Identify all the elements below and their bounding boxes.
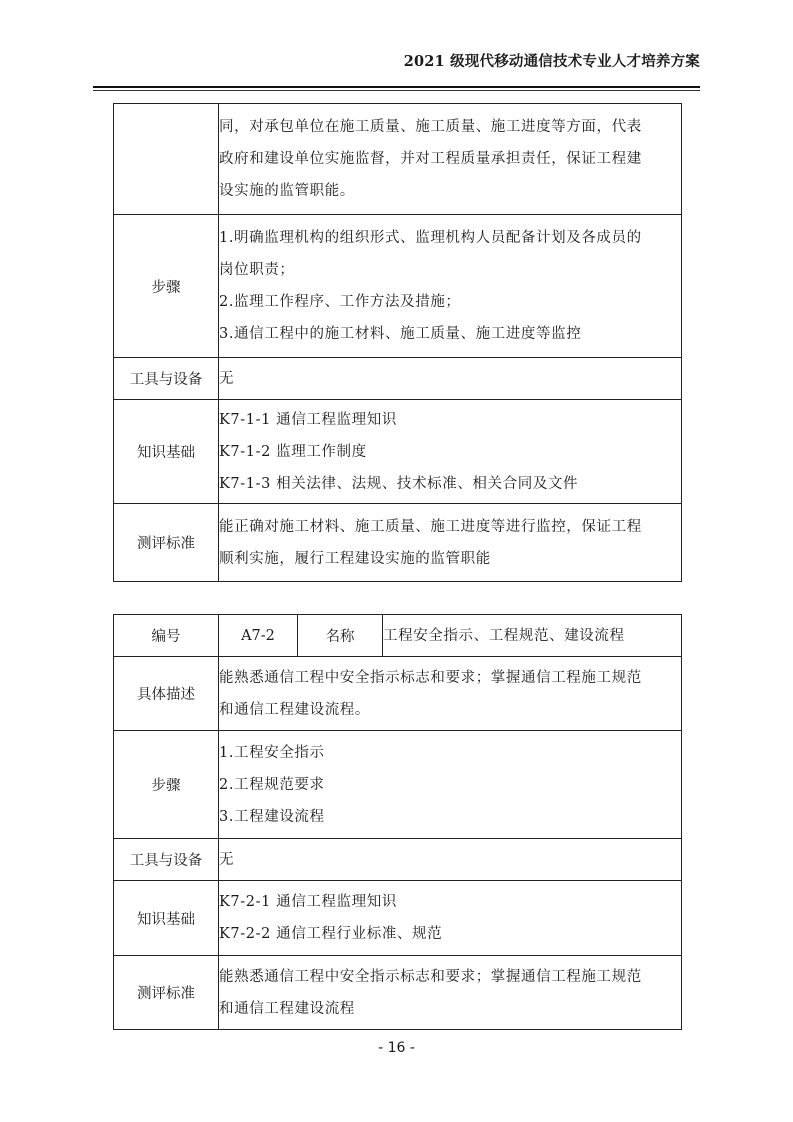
name-label: 名称 (298, 615, 383, 657)
header-rule-thin (93, 90, 700, 91)
text-line: 政府和建设单位实施监督，并对工程质量承担责任，保证工程建 (219, 143, 681, 175)
tools-content: 无 (219, 358, 682, 400)
table-row: 测评标准 能正确对施工材料、施工质量、施工进度等进行监控，保证工程 顺利实施，履… (114, 504, 682, 582)
text-line: 能正确对施工材料、施工质量、施工进度等进行监控，保证工程 (219, 511, 681, 543)
text-line: 3.工程建设流程 (219, 801, 681, 833)
name-value: 工程安全指示、工程规范、建设流程 (383, 615, 682, 657)
text-line: 和通信工程建设流程。 (219, 694, 681, 726)
task-table-a7-1: 同，对承包单位在施工质量、施工质量、施工进度等方面，代表 政府和建设单位实施监督… (113, 103, 682, 582)
knowledge-content: K7-1-1 通信工程监理知识 K7-1-2 监理工作制度 K7-1-3 相关法… (219, 400, 682, 504)
table-row: 测评标准 能熟悉通信工程中安全指示标志和要求；掌握通信工程施工规范 和通信工程建… (114, 956, 682, 1030)
table-row: 具体描述 能熟悉通信工程中安全指示标志和要求；掌握通信工程施工规范 和通信工程建… (114, 657, 682, 731)
table-row: 步骤 1.工程安全指示 2.工程规范要求 3.工程建设流程 (114, 731, 682, 839)
tools-content: 无 (219, 839, 682, 881)
text-line: 同，对承包单位在施工质量、施工质量、施工进度等方面，代表 (219, 111, 681, 143)
criteria-content: 能熟悉通信工程中安全指示标志和要求；掌握通信工程施工规范 和通信工程建设流程 (219, 956, 682, 1030)
text-line: 岗位职责； (219, 254, 681, 286)
text-line: 无 (219, 363, 681, 395)
text-line: K7-1-1 通信工程监理知识 (219, 404, 681, 436)
row-label-description: 具体描述 (114, 657, 219, 731)
text-line: 能熟悉通信工程中安全指示标志和要求；掌握通信工程施工规范 (219, 961, 681, 993)
table-row: 步骤 1.明确监理机构的组织形式、监理机构人员配备计划及各成员的 岗位职责； 2… (114, 215, 682, 358)
text-line: K7-2-1 通信工程监理知识 (219, 886, 681, 918)
table-row: 工具与设备 无 (114, 358, 682, 400)
knowledge-content: K7-2-1 通信工程监理知识 K7-2-2 通信工程行业标准、规范 (219, 881, 682, 956)
text-line: K7-2-2 通信工程行业标准、规范 (219, 918, 681, 950)
code-value: A7-2 (219, 615, 298, 657)
task-table-a7-2: 编号 A7-2 名称 工程安全指示、工程规范、建设流程 具体描述 能熟悉通信工程… (113, 614, 682, 1030)
criteria-content: 能正确对施工材料、施工质量、施工进度等进行监控，保证工程 顺利实施，履行工程建设… (219, 504, 682, 582)
page-number: - 16 - (0, 1040, 793, 1056)
steps-content: 1.工程安全指示 2.工程规范要求 3.工程建设流程 (219, 731, 682, 839)
table-row: 同，对承包单位在施工质量、施工质量、施工进度等方面，代表 政府和建设单位实施监督… (114, 104, 682, 215)
text-line: 和通信工程建设流程 (219, 993, 681, 1025)
header-rule-thick (93, 86, 700, 88)
row-label-knowledge: 知识基础 (114, 400, 219, 504)
text-line: 1.明确监理机构的组织形式、监理机构人员配备计划及各成员的 (219, 222, 681, 254)
text-line: 2.工程规范要求 (219, 769, 681, 801)
table-row: 工具与设备 无 (114, 839, 682, 881)
text-line: 3.通信工程中的施工材料、施工质量、施工进度等监控 (219, 318, 681, 350)
text-line: 2.监理工作程序、工作方法及措施； (219, 286, 681, 318)
description-continued: 同，对承包单位在施工质量、施工质量、施工进度等方面，代表 政府和建设单位实施监督… (219, 104, 682, 215)
row-label-empty (114, 104, 219, 215)
table-row: 知识基础 K7-2-1 通信工程监理知识 K7-2-2 通信工程行业标准、规范 (114, 881, 682, 956)
row-label-criteria: 测评标准 (114, 956, 219, 1030)
row-label-tools: 工具与设备 (114, 839, 219, 881)
row-label-steps: 步骤 (114, 215, 219, 358)
row-label-tools: 工具与设备 (114, 358, 219, 400)
row-label-steps: 步骤 (114, 731, 219, 839)
text-line: 1.工程安全指示 (219, 737, 681, 769)
table-header-row: 编号 A7-2 名称 工程安全指示、工程规范、建设流程 (114, 615, 682, 657)
text-line: 无 (219, 844, 681, 876)
row-label-knowledge: 知识基础 (114, 881, 219, 956)
text-line: K7-1-3 相关法律、法规、技术标准、相关合同及文件 (219, 468, 681, 500)
text-line: K7-1-2 监理工作制度 (219, 436, 681, 468)
document-header-title: 2021 级现代移动通信技术专业人才培养方案 (380, 50, 700, 71)
table-row: 知识基础 K7-1-1 通信工程监理知识 K7-1-2 监理工作制度 K7-1-… (114, 400, 682, 504)
text-line: 顺利实施，履行工程建设实施的监管职能 (219, 543, 681, 575)
code-label: 编号 (114, 615, 219, 657)
text-line: 设实施的监管职能。 (219, 175, 681, 207)
steps-content: 1.明确监理机构的组织形式、监理机构人员配备计划及各成员的 岗位职责； 2.监理… (219, 215, 682, 358)
text-line: 能熟悉通信工程中安全指示标志和要求；掌握通信工程施工规范 (219, 662, 681, 694)
row-label-criteria: 测评标准 (114, 504, 219, 582)
description-content: 能熟悉通信工程中安全指示标志和要求；掌握通信工程施工规范 和通信工程建设流程。 (219, 657, 682, 731)
